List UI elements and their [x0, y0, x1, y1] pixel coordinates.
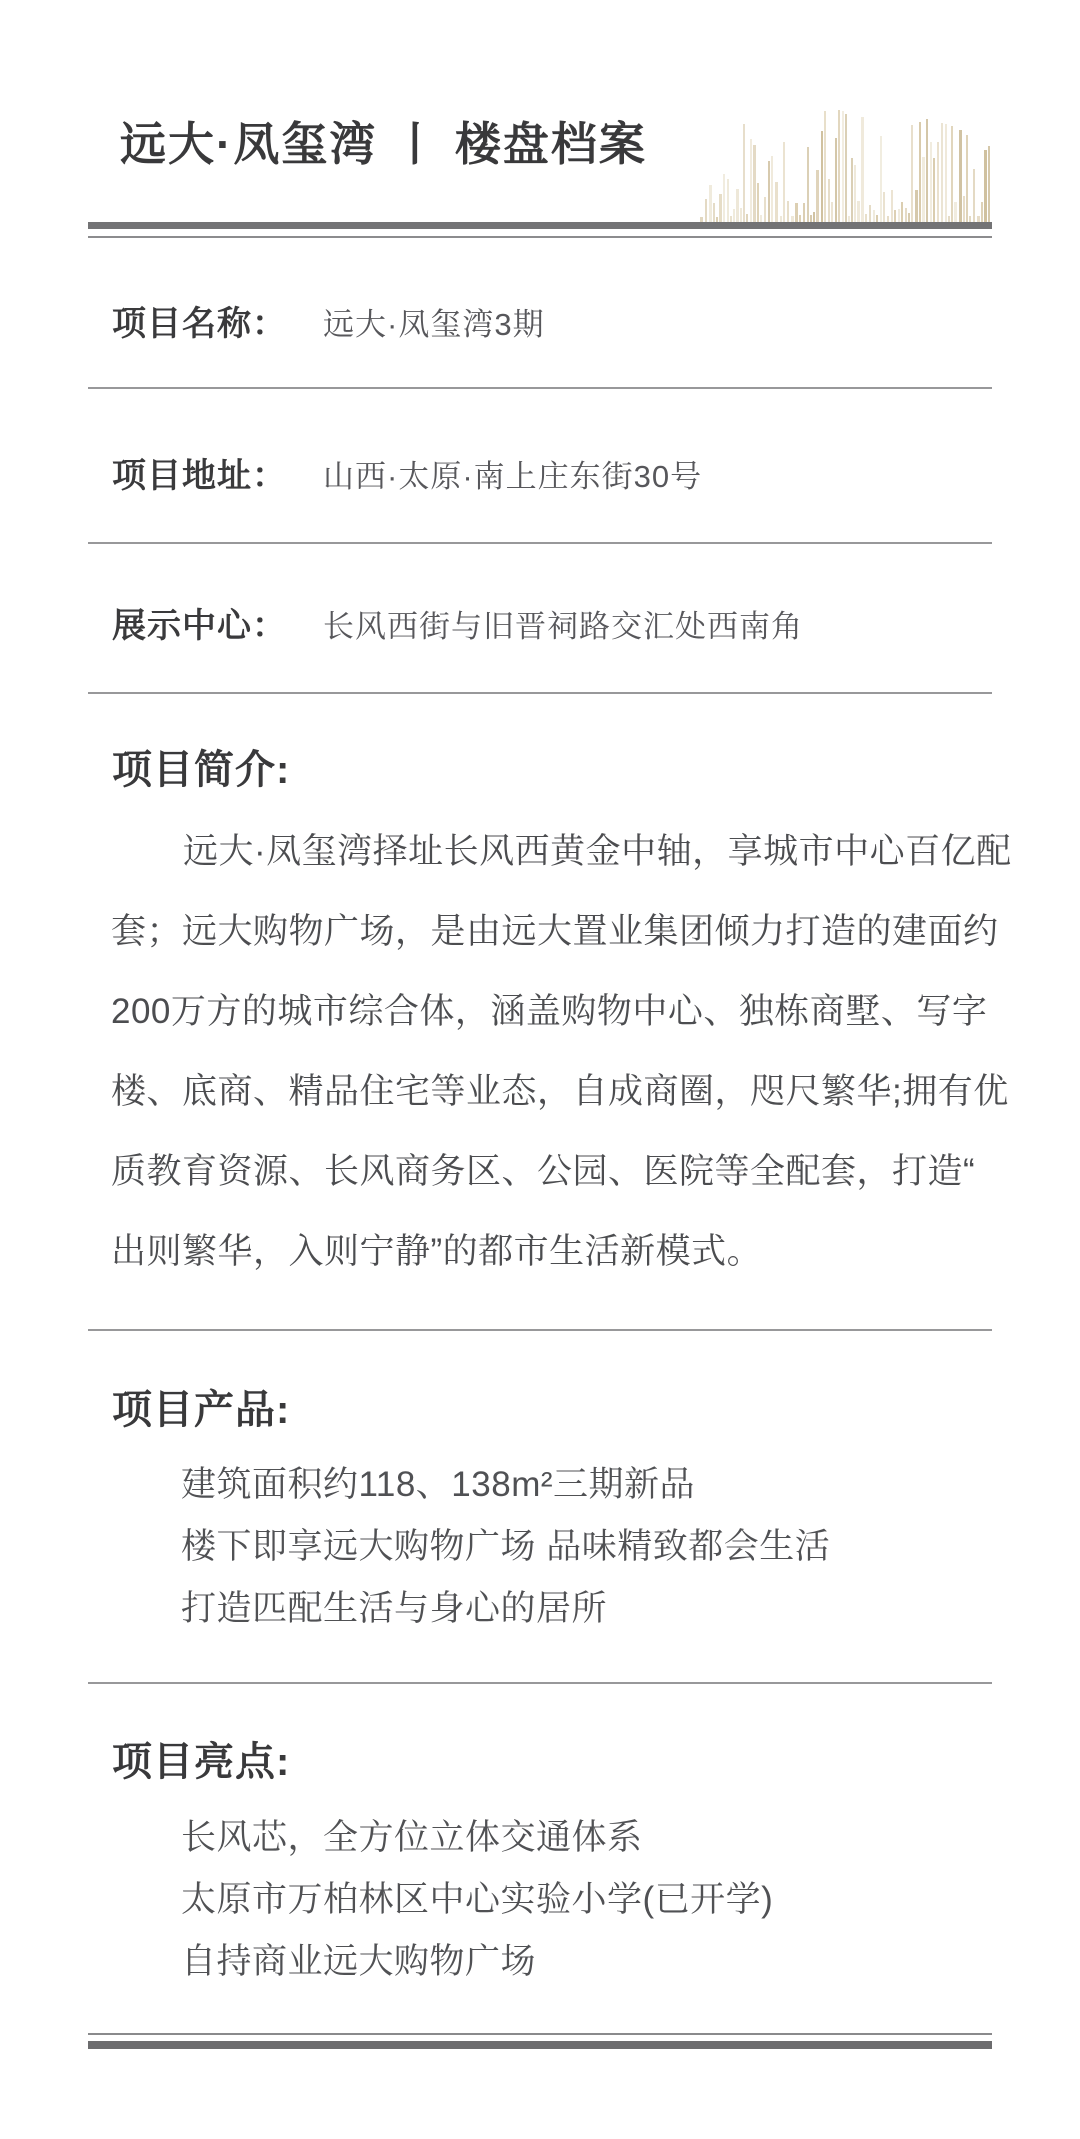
skyline-bar [933, 158, 935, 222]
row-divider [88, 542, 992, 544]
skyline-bar [869, 205, 871, 222]
skyline-bar [821, 131, 823, 222]
skyline-bar [750, 139, 752, 222]
skyline-bar [831, 202, 833, 222]
skyline-bar [757, 183, 759, 222]
intro-line: 出则繁华，入则宁静”的都市生活新模式。 [111, 1212, 995, 1292]
intro-line: 套；远大购物广场，是由远大置业集团倾力打造的建面约 [111, 892, 995, 972]
header-rule-thick [88, 222, 992, 229]
info-row-project-address: 项目地址： 山西·太原·南上庄东街30号 [112, 448, 992, 490]
skyline-bar [857, 201, 860, 222]
skyline-bar [807, 147, 809, 222]
skyline-bar [842, 111, 844, 222]
skyline-bar [838, 110, 840, 222]
header-rule-thin [88, 236, 992, 238]
skyline-bar [743, 124, 745, 222]
skyline-bar [876, 215, 878, 222]
skyline-bar [954, 202, 957, 222]
product-item: 建筑面积约118、138m²三期新品 [181, 1454, 830, 1516]
section-divider [88, 1329, 992, 1331]
skyline-bar [845, 114, 847, 222]
skyline-bar [959, 130, 962, 222]
section-divider [88, 1682, 992, 1684]
skyline-bar [905, 208, 907, 222]
intro-line: 远大·凤玺湾择址长风西黄金中轴，享城市中心百亿配 [111, 812, 995, 892]
skyline-graphic [700, 108, 992, 222]
page-title: 远大·凤玺湾 丨 楼盘档案 [120, 118, 647, 170]
skyline-bar [898, 209, 900, 222]
highlight-item: 自持商业远大购物广场 [181, 1931, 773, 1993]
product-item: 打造匹配生活与身心的居所 [181, 1578, 830, 1640]
skyline-bar [883, 192, 885, 222]
project-name-value: 远大·凤玺湾3期 [323, 299, 545, 344]
highlight-item: 长风芯，全方位立体交通体系 [181, 1807, 773, 1869]
skyline-bar [828, 179, 830, 222]
skyline-bar [783, 142, 785, 222]
display-center-label: 展示中心： [112, 598, 287, 647]
skyline-bar [861, 117, 864, 222]
skyline-bar [911, 125, 913, 222]
skyline-bar [873, 210, 875, 222]
skyline-bar [880, 136, 882, 222]
skyline-bar [926, 119, 928, 222]
skyline-bar [803, 203, 805, 222]
skyline-bar [753, 145, 756, 222]
footer-rule-thin [88, 2033, 992, 2035]
project-address-value: 山西·太原·南上庄东街30号 [323, 451, 702, 496]
skyline-bar [727, 179, 729, 222]
highlight-list: 长风芯，全方位立体交通体系 太原市万柏林区中心实验小学(已开学) 自持商业远大购… [181, 1807, 773, 1993]
skyline-bar [723, 174, 725, 222]
highlight-item: 太原市万柏林区中心实验小学(已开学) [181, 1869, 773, 1931]
section-heading-intro: 项目简介: [112, 748, 290, 792]
skyline-bar [740, 208, 742, 222]
row-divider [88, 387, 992, 389]
skyline-bar [915, 190, 918, 222]
skyline-bar [764, 197, 766, 222]
skyline-bar [930, 142, 932, 222]
skyline-bar [919, 122, 921, 222]
property-profile-card: 远大·凤玺湾 丨 楼盘档案 项目名称： 远大·凤玺湾3期 项目地址： 山西·太原… [0, 0, 1080, 2139]
intro-line: 楼、底商、精品住宅等业态，自成商圈，咫尺繁华;拥有优 [111, 1052, 995, 1132]
skyline-bar [901, 202, 903, 222]
skyline-bar [891, 190, 893, 222]
skyline-bar [810, 215, 812, 222]
skyline-bar [768, 161, 770, 222]
intro-line: 200万方的城市综合体，涵盖购物中心、独栋商墅、写字 [111, 972, 995, 1052]
skyline-bar [824, 111, 826, 222]
skyline-bar [941, 123, 943, 222]
skyline-bar [787, 201, 789, 222]
skyline-bar [894, 210, 896, 222]
project-name-label: 项目名称： [112, 296, 287, 345]
skyline-bar [736, 189, 739, 222]
skyline-bar [966, 135, 968, 222]
skyline-bar [922, 157, 925, 222]
skyline-bar [746, 214, 748, 222]
product-list: 建筑面积约118、138m²三期新品 楼下即享远大购物广场 品味精致都会生活 打… [181, 1454, 830, 1640]
footer-rule-thick [88, 2041, 992, 2049]
skyline-bar [775, 182, 778, 222]
skyline-bar [835, 138, 837, 222]
info-row-project-name: 项目名称： 远大·凤玺湾3期 [112, 296, 992, 338]
skyline-bar [719, 194, 722, 222]
skyline-bar [795, 203, 798, 222]
skyline-bar [851, 158, 853, 222]
project-address-label: 项目地址： [112, 448, 287, 497]
skyline-bar [981, 202, 983, 222]
intro-line: 质教育资源、长风商务区、公园、医院等全配套，打造“ [111, 1132, 995, 1212]
skyline-bar [709, 185, 712, 222]
skyline-bar [973, 169, 975, 222]
skyline-bar [816, 170, 819, 222]
skyline-bar [984, 150, 987, 222]
skyline-bar [771, 156, 773, 222]
display-center-value: 长风西街与旧晋祠路交汇处西南角 [323, 601, 803, 646]
skyline-bar [705, 199, 707, 222]
intro-paragraph: 远大·凤玺湾择址长风西黄金中轴，享城市中心百亿配 套；远大购物广场，是由远大置业… [111, 812, 995, 1292]
skyline-bar [865, 214, 867, 222]
section-heading-products: 项目产品: [112, 1388, 290, 1432]
skyline-bar [813, 212, 815, 222]
skyline-bar [713, 203, 715, 222]
skyline-bar [799, 215, 801, 222]
info-row-display-center: 展示中心： 长风西街与旧晋祠路交汇处西南角 [112, 598, 992, 640]
row-divider [88, 692, 992, 694]
skyline-bar [733, 209, 735, 222]
skyline-bar [760, 215, 762, 222]
skyline-bar [937, 142, 939, 222]
skyline-bar [951, 126, 953, 222]
skyline-bar [908, 213, 910, 222]
skyline-bar [988, 146, 990, 222]
product-item: 楼下即享远大购物广场 品味精致都会生活 [181, 1516, 830, 1578]
skyline-bar [963, 196, 965, 222]
skyline-bar [854, 165, 856, 222]
section-heading-highlights: 项目亮点: [112, 1740, 290, 1784]
skyline-bar [945, 124, 947, 222]
